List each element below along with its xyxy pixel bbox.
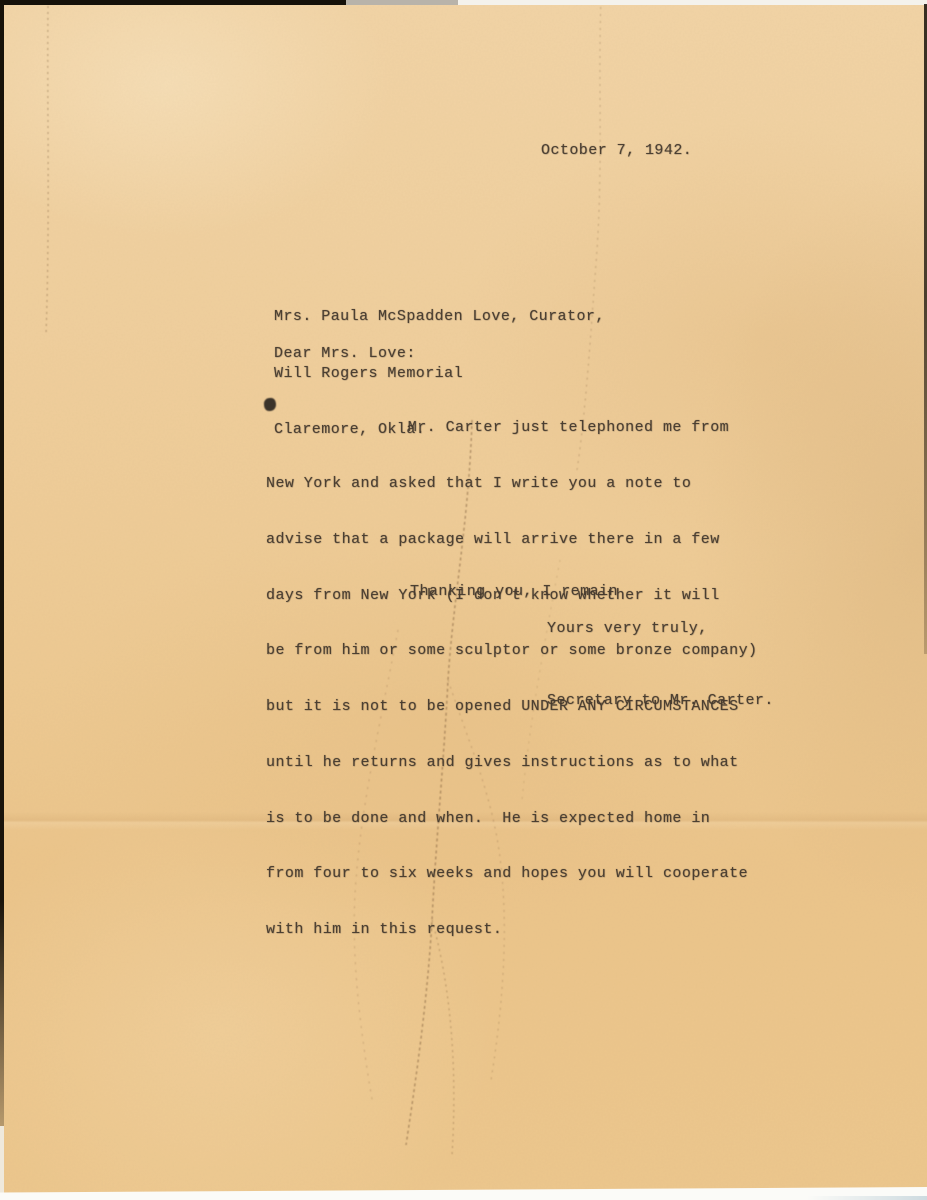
body-line: Mr. Carter just telephoned me from [266, 419, 757, 438]
recipient-org-line: Will Rogers Memorial [274, 364, 605, 383]
body-line: advise that a package will arrive there … [266, 531, 757, 550]
scanned-letter: October 7, 1942. Mrs. Paula McSpadden Lo… [0, 0, 927, 1200]
signature-line: Secretary to Mr. Carter. [547, 692, 774, 711]
scan-edge-top-gray [346, 0, 458, 5]
body-line: until he returns and gives instructions … [266, 754, 757, 773]
body-line: from four to six weeks and hopes you wil… [266, 865, 757, 884]
scan-edge-left-dark [0, 0, 4, 1126]
letter-date: October 7, 1942. [541, 142, 692, 161]
scan-edge-top-light [458, 0, 927, 5]
body-line: New York and asked that I write you a no… [266, 475, 757, 494]
letter-content: October 7, 1942. Mrs. Paula McSpadden Lo… [0, 0, 927, 1200]
recipient-name-line: Mrs. Paula McSpadden Love, Curator, [274, 307, 605, 326]
body-line: be from him or some sculptor or some bro… [266, 642, 757, 661]
closing-line: Yours very truly, [547, 620, 708, 639]
body-line: is to be done and when. He is expected h… [266, 810, 757, 829]
body-paragraph: Mr. Carter just telephoned me from New Y… [266, 382, 757, 977]
pre-closing-line: Thanking you, I remain [410, 583, 618, 602]
body-line: with him in this request. [266, 921, 757, 940]
scan-edge-top-dark [0, 0, 346, 5]
salutation: Dear Mrs. Love: [274, 345, 416, 364]
scan-edge-bottom-right-blue [807, 1196, 927, 1200]
scan-edge-left-light [0, 1126, 4, 1200]
